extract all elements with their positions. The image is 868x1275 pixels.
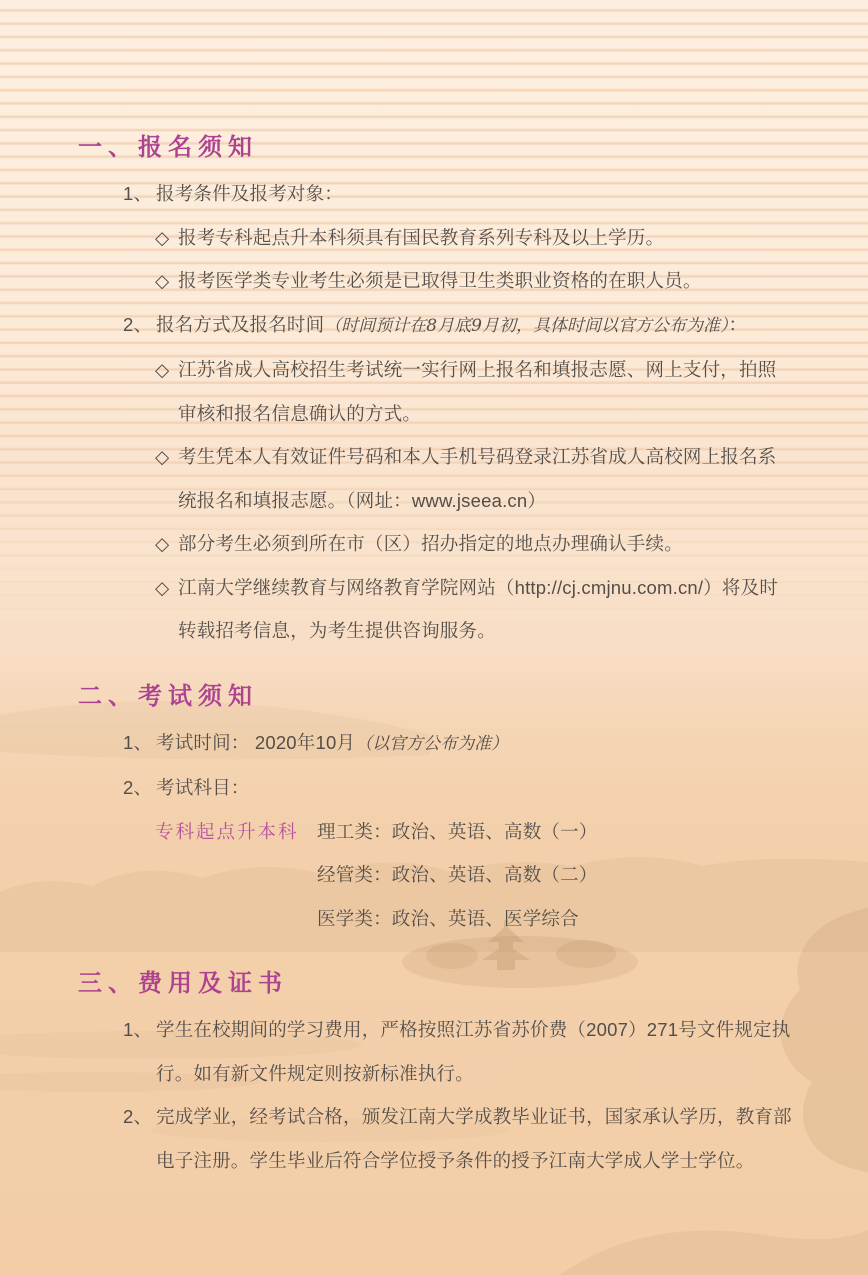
bullet-text: 报考专科起点升本科须具有国民教育系列专科及以上学历。	[178, 227, 664, 248]
numbered-item: 2、报名方式及报名时间（时间预计在8月底9月初，具体时间以官方公布为准）：	[123, 303, 794, 349]
subject-row: 医学类：政治、英语、医学综合	[155, 897, 794, 941]
list-item: ◇报考医学类专业考生必须是已取得卫生类职业资格的在职人员。	[155, 259, 794, 303]
bullet-list: ◇报考专科起点升本科须具有国民教育系列专科及以上学历。 ◇报考医学类专业考生必须…	[155, 216, 794, 303]
diamond-bullet-icon: ◇	[155, 216, 178, 260]
exam-subjects-table: 专科起点升本科理工类：政治、英语、高数（一） 经管类：政治、英语、高数（二） 医…	[155, 810, 794, 941]
item-text: 报考条件及报考对象：	[156, 183, 343, 204]
item-number: 1、	[123, 721, 156, 765]
diamond-bullet-icon: ◇	[155, 522, 178, 566]
subject-row: 专科起点升本科理工类：政治、英语、高数（一）	[155, 810, 794, 854]
bullet-text: 江南大学继续教育与网络教育学院网站（http://cj.cmjnu.com.cn…	[178, 577, 778, 642]
document-content: 一、报名须知 1、报考条件及报考对象： ◇报考专科起点升本科须具有国民教育系列专…	[0, 0, 868, 1182]
diamond-bullet-icon: ◇	[155, 435, 178, 479]
item-text: 报名方式及报名时间	[156, 314, 324, 335]
section-registration-notice: 一、报名须知 1、报考条件及报考对象： ◇报考专科起点升本科须具有国民教育系列专…	[78, 133, 794, 653]
diamond-bullet-icon: ◇	[155, 348, 178, 392]
item-number: 2、	[123, 766, 156, 810]
diamond-bullet-icon: ◇	[155, 566, 178, 610]
section-exam-notice: 二、考试须知 1、考试时间： 2020年10月（以官方公布为准） 2、考试科目：…	[78, 682, 794, 941]
list-item: ◇考生凭本人有效证件号码和本人手机号码登录江苏省成人高校网上报名系统报名和填报志…	[155, 435, 794, 522]
section-fees-certificates: 三、费用及证书 1、学生在校期间的学习费用，严格按照江苏省苏价费（2007）27…	[78, 969, 794, 1182]
item-text: 完成学业，经考试合格，颁发江南大学成教毕业证书，国家承认学历，教育部电子注册。学…	[156, 1106, 792, 1171]
subject-row-text: 医学类：政治、英语、医学综合	[317, 908, 579, 929]
document-page: 一、报名须知 1、报考条件及报考对象： ◇报考专科起点升本科须具有国民教育系列专…	[0, 0, 868, 1275]
section-title: 二、考试须知	[78, 682, 794, 712]
bullet-text: 报考医学类专业考生必须是已取得卫生类职业资格的在职人员。	[178, 270, 702, 291]
subject-level-label: 专科起点升本科	[155, 810, 317, 854]
bullet-text: 考生凭本人有效证件号码和本人手机号码登录江苏省成人高校网上报名系统报名和填报志愿…	[178, 446, 776, 511]
subject-row: 经管类：政治、英语、高数（二）	[155, 853, 794, 897]
item-text: 考试时间： 2020年10月	[156, 732, 355, 753]
list-item: ◇江苏省成人高校招生考试统一实行网上报名和填报志愿、网上支付，拍照审核和报名信息…	[155, 348, 794, 435]
bullet-text: 江苏省成人高校招生考试统一实行网上报名和填报志愿、网上支付，拍照审核和报名信息确…	[178, 359, 776, 424]
item-note: （以官方公布为准）	[355, 734, 508, 754]
item-note: （时间预计在8月底9月初，具体时间以官方公布为准）	[324, 316, 728, 336]
list-item: ◇江南大学继续教育与网络教育学院网站（http://cj.cmjnu.com.c…	[155, 566, 794, 653]
bullet-text: 部分考生必须到所在市（区）招办指定的地点办理确认手续。	[178, 533, 683, 554]
list-item: ◇部分考生必须到所在市（区）招办指定的地点办理确认手续。	[155, 522, 794, 566]
item-number: 2、	[123, 1095, 156, 1139]
section-title: 一、报名须知	[78, 133, 794, 163]
item-text: 学生在校期间的学习费用，严格按照江苏省苏价费（2007）271号文件规定执行。如…	[156, 1019, 790, 1084]
bullet-list: ◇江苏省成人高校招生考试统一实行网上报名和填报志愿、网上支付，拍照审核和报名信息…	[155, 348, 794, 653]
section-title: 三、费用及证书	[78, 969, 794, 999]
numbered-item: 1、报考条件及报考对象：	[123, 172, 794, 216]
item-text: 考试科目：	[156, 777, 250, 798]
list-item: ◇报考专科起点升本科须具有国民教育系列专科及以上学历。	[155, 216, 794, 260]
diamond-bullet-icon: ◇	[155, 259, 178, 303]
item-number: 1、	[123, 172, 156, 216]
item-text-tail: ：	[728, 314, 747, 335]
subject-row-text: 理工类：政治、英语、高数（一）	[317, 821, 598, 842]
subject-row-text: 经管类：政治、英语、高数（二）	[317, 864, 598, 885]
numbered-item: 2、完成学业，经考试合格，颁发江南大学成教毕业证书，国家承认学历，教育部电子注册…	[123, 1095, 794, 1182]
numbered-item: 2、考试科目：	[123, 766, 794, 810]
numbered-item: 1、考试时间： 2020年10月（以官方公布为准）	[123, 721, 794, 767]
item-number: 2、	[123, 303, 156, 347]
item-number: 1、	[123, 1008, 156, 1052]
numbered-item: 1、学生在校期间的学习费用，严格按照江苏省苏价费（2007）271号文件规定执行…	[123, 1008, 794, 1095]
